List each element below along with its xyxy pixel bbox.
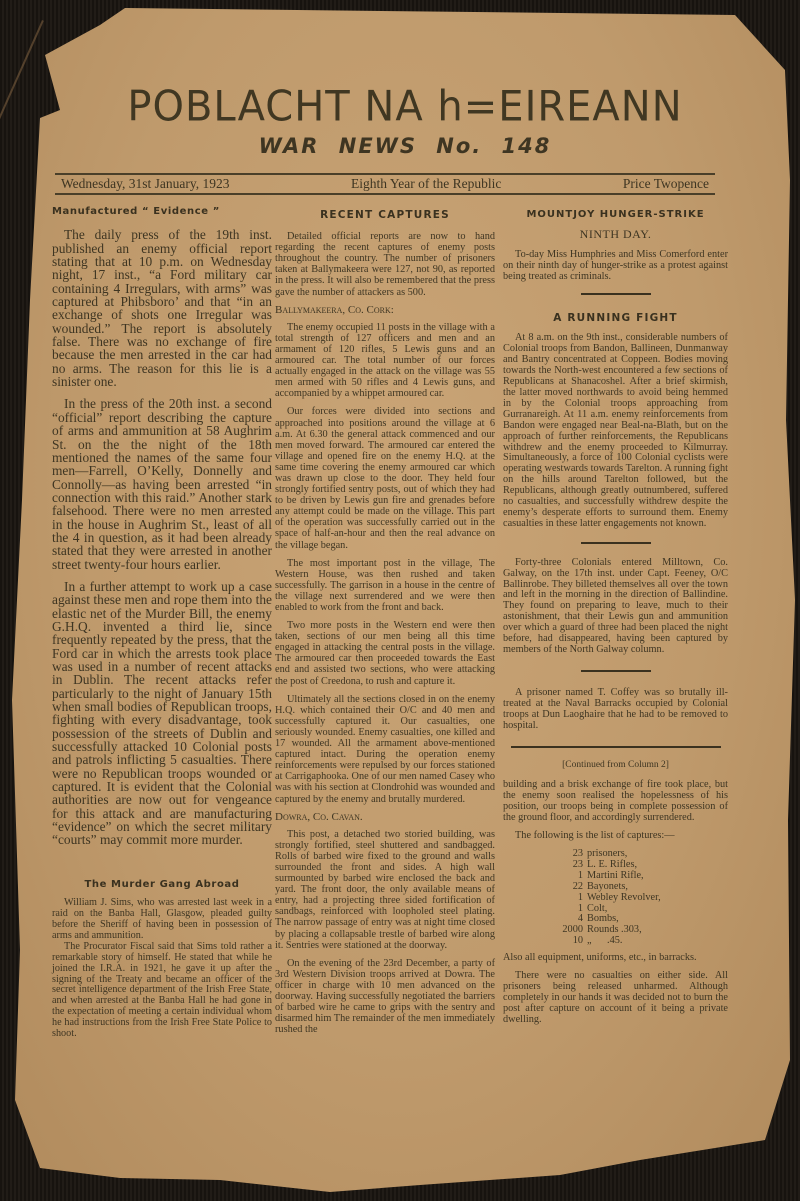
- article-paragraph: In a further attempt to work up a case a…: [52, 580, 272, 847]
- column-2: RECENT CAPTURES Detailed official report…: [275, 210, 495, 1042]
- article-heading-mountjoy-hunger-strike: MOUNTJOY HUNGER-STRIKE: [503, 210, 728, 221]
- article-paragraph: The most important post in the village, …: [275, 558, 495, 613]
- article-paragraph: Detailed official reports are now to han…: [275, 231, 495, 298]
- article-paragraph: The daily press of the 19th inst. publis…: [52, 228, 272, 388]
- republic-year: Eighth Year of the Republic: [351, 176, 501, 192]
- article-paragraph: To-day Miss Humphries and Miss Comerford…: [503, 250, 728, 283]
- masthead: POBLACHT NA h=EIREANN WAR NEWS No. 148: [60, 84, 750, 158]
- article-paragraph: Our forces were divided into sections an…: [275, 406, 495, 550]
- captures-list-outro: Also all equipment, uniforms, etc., in b…: [503, 953, 728, 964]
- article-heading-manufactured-evidence: Manufactured “ Evidence ”: [52, 205, 272, 218]
- section-divider-wide: [511, 746, 721, 748]
- issue-date: Wednesday, 31st January, 1923: [61, 176, 230, 192]
- list-item: 1Webley Revolver,: [503, 893, 728, 904]
- list-item: 10„ .45.: [503, 936, 728, 947]
- issue-subtitle: WAR NEWS No. 148: [60, 134, 750, 158]
- article-paragraph: A prisoner named T. Coffey was so brutal…: [503, 688, 728, 732]
- list-item: 22Bayonets,: [503, 882, 728, 893]
- captures-list-intro: The following is the list of captures:—: [503, 831, 728, 842]
- article-paragraph: On the evening of the 23rd December, a p…: [275, 958, 495, 1036]
- newspaper-title: POBLACHT NA h=EIREANN: [60, 83, 750, 131]
- article-paragraph: The Procurator Fiscal said that Sims tol…: [52, 942, 272, 1040]
- article-paragraph: The enemy occupied 11 posts in the villa…: [275, 322, 495, 400]
- section-divider: [581, 670, 651, 672]
- article-paragraph: Ultimately all the sections closed in on…: [275, 694, 495, 805]
- article-paragraph: At 8 a.m. on the 9th inst., considerable…: [503, 333, 728, 529]
- column-1: Manufactured “ Evidence ” The daily pres…: [52, 205, 272, 1040]
- article-heading-running-fight: A RUNNING FIGHT: [503, 313, 728, 324]
- continuation-note: [Continued from Column 2]: [503, 760, 728, 771]
- article-paragraph: In the press of the 20th inst. a second …: [52, 397, 272, 570]
- column-3: MOUNTJOY HUNGER-STRIKE NINTH DAY. To-day…: [503, 210, 728, 1033]
- captures-list: 23prisoners, 23L. E. Rifles, 1Martini Ri…: [503, 849, 728, 947]
- article-paragraph: This post, a detached two storied buildi…: [275, 829, 495, 951]
- article-heading-murder-gang: The Murder Gang Abroad: [52, 878, 272, 891]
- dateline-bar: Wednesday, 31st January, 1923 Eighth Yea…: [55, 173, 715, 195]
- dispatch-location-dowra: Dowra, Co. Cavan.: [275, 812, 495, 823]
- section-divider: [581, 542, 651, 544]
- article-heading-recent-captures: RECENT CAPTURES: [275, 210, 495, 221]
- article-paragraph: William J. Sims, who was arrested last w…: [52, 898, 272, 942]
- issue-price: Price Twopence: [623, 176, 709, 192]
- article-subheading-ninth-day: NINTH DAY.: [503, 229, 728, 240]
- article-paragraph: Two more posts in the Western end were t…: [275, 620, 495, 687]
- article-paragraph: Forty-three Colonials entered Milltown, …: [503, 558, 728, 656]
- article-paragraph: There were no casualties on either side.…: [503, 971, 728, 1026]
- article-paragraph: building and a brisk exchange of fire to…: [503, 780, 728, 824]
- section-divider: [581, 293, 651, 295]
- dispatch-location-ballymakeera: Ballymakeera, Co. Cork:: [275, 305, 495, 316]
